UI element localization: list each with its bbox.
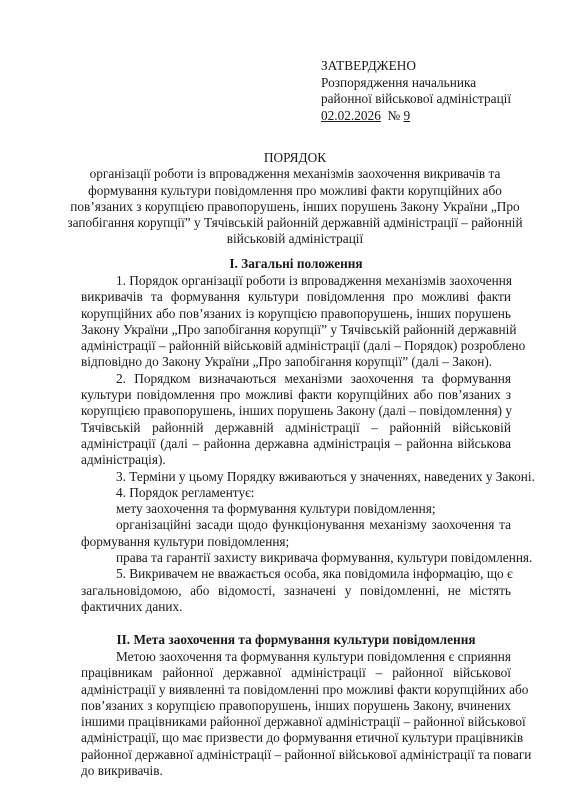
approval-date-number: 02.02.2026 № 9 [321, 108, 511, 125]
paragraph-line: мету заохочення та формування культури п… [81, 501, 511, 517]
paragraph-line: Закону України „Про запобігання корупції… [81, 322, 511, 338]
title-line: формування культури повідомлення про мож… [60, 183, 530, 199]
paragraph-line: 4. Порядок регламентує: [81, 485, 511, 501]
approval-number: 9 [404, 108, 411, 123]
approval-date: 02.02.2026 [321, 108, 381, 123]
approval-line-1: Розпорядження начальника [321, 75, 511, 92]
paragraph-line: організаційні засади щодо функціонування… [81, 517, 511, 533]
paragraph-line: відповідно до Закону України „Про запобі… [81, 354, 511, 370]
paragraph-line: Тячівській районній державній адміністра… [81, 420, 511, 436]
paragraph-line: адміністрації (далі – районна державна а… [81, 436, 511, 452]
paragraph-line: до викривачів. [81, 763, 511, 779]
paragraph-line: адміністрації – районній військовій адмі… [81, 338, 511, 354]
paragraph-line: загальновідомою, або відомості, зазначен… [81, 583, 511, 599]
paragraph-line: адміністрації у виявленні та повідомленн… [81, 682, 511, 698]
paragraph-line: культури повідомлення про можливі факти … [81, 387, 511, 403]
paragraph-line: адміністрація). [81, 452, 511, 468]
section-1: I. Загальні положення 1. Порядок організ… [81, 256, 511, 615]
paragraph-line: 1. Порядок організації роботи із впровад… [81, 273, 511, 289]
paragraph-line: 5. Викривачем не вважається особа, яка п… [81, 566, 511, 582]
paragraph-line: працівникам районної державної адміністр… [81, 665, 511, 681]
paragraph-line: адміністрації, що має призвести до форму… [81, 730, 511, 746]
paragraph-line: Метою заохочення та формування культури … [81, 649, 511, 665]
paragraph-line: пов’язаних з корупцією правопорушень, ін… [81, 698, 511, 714]
title-heading: ПОРЯДОК [60, 150, 530, 166]
document-title: ПОРЯДОК організації роботи із впроваджен… [60, 150, 530, 248]
title-line: організації роботи із впровадження механ… [60, 166, 530, 182]
paragraph-line: 3. Терміни у цьому Порядку вживаються у … [81, 469, 511, 485]
paragraph-line: викривачів та формування культури повідо… [81, 289, 511, 305]
approval-line-2: районної військової адміністрації [321, 91, 511, 108]
paragraph-line: права та гарантії захисту викривача форм… [81, 550, 511, 566]
section-2: II. Мета заохочення та формування культу… [81, 632, 511, 779]
paragraph-line: корупцією правопорушень, інших порушень … [81, 403, 511, 419]
approval-stamp: ЗАТВЕРДЖЕНО [321, 58, 511, 75]
paragraph-line: 2. Порядком визначаються механізми заохо… [81, 371, 511, 387]
title-line: пов’язаних з корупцією правопорушень, ін… [60, 199, 530, 215]
title-line: військовій адміністрації [60, 231, 530, 247]
paragraph-line: фактичних даних. [81, 599, 511, 615]
paragraph-line: районної державної адміністрації – район… [81, 747, 511, 763]
paragraph-line: іншими працівниками районної державної а… [81, 714, 511, 730]
approval-block: ЗАТВЕРДЖЕНО Розпорядження начальника рай… [321, 58, 511, 124]
section-2-heading: II. Мета заохочення та формування культу… [81, 632, 511, 649]
number-sign: № [388, 108, 401, 123]
paragraph-line: корупційних або пов’язаних із корупцією … [81, 306, 511, 322]
title-line: запобігання корупції” у Тячівській район… [60, 215, 530, 231]
document-page: ЗАТВЕРДЖЕНО Розпорядження начальника рай… [0, 0, 566, 800]
section-1-heading: I. Загальні положення [81, 256, 511, 273]
paragraph-line: формування культури повідомлення; [81, 534, 511, 550]
